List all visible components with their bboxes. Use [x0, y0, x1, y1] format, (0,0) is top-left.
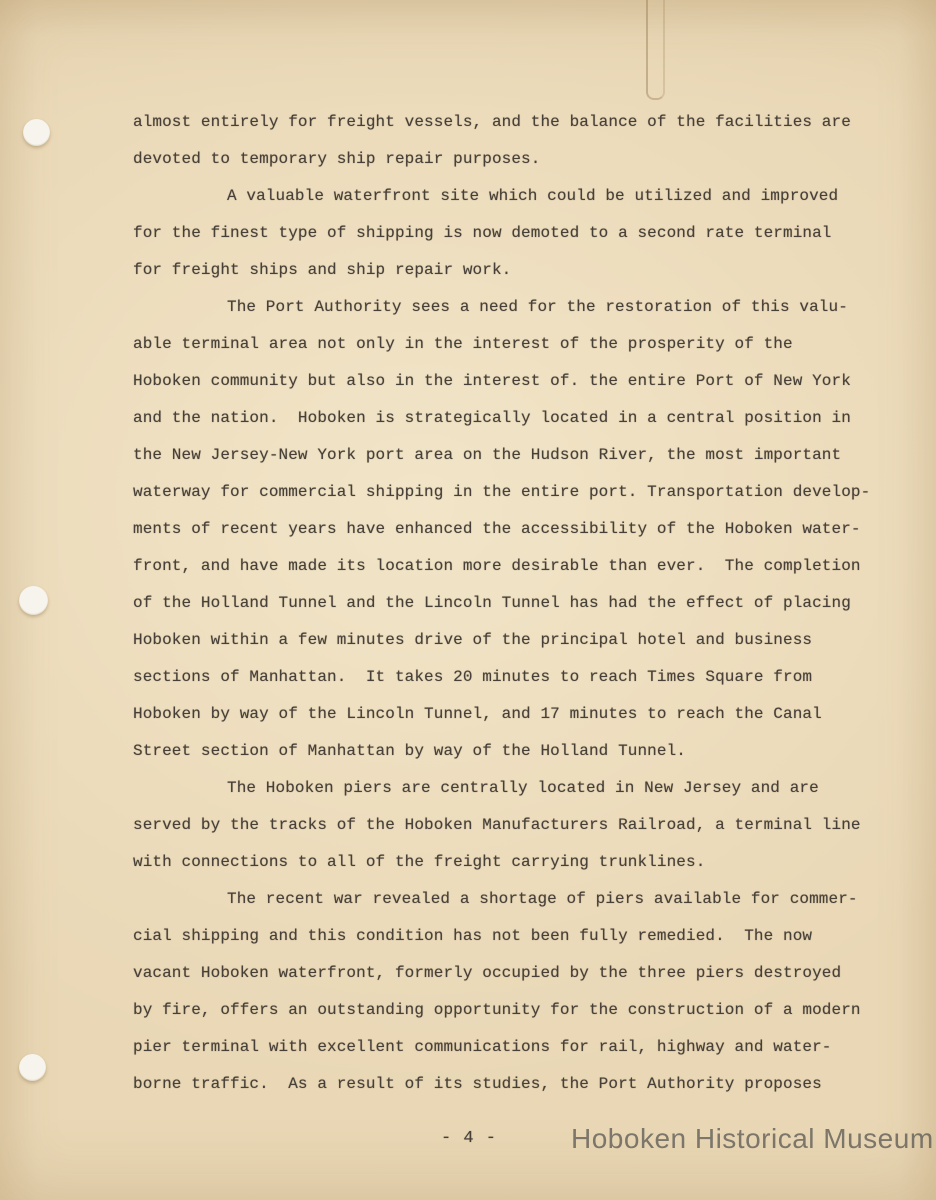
text-line: sections of Manhattan. It takes 20 minut… [133, 659, 853, 696]
text-line: A valuable waterfront site which could b… [133, 178, 853, 215]
text-line: Street section of Manhattan by way of th… [133, 733, 853, 770]
text-line: borne traffic. As a result of its studie… [133, 1066, 853, 1103]
text-line: The recent war revealed a shortage of pi… [133, 881, 853, 918]
page-number: - 4 - [441, 1126, 497, 1152]
text-line: served by the tracks of the Hoboken Manu… [133, 807, 853, 844]
text-line: pier terminal with excellent communicati… [133, 1029, 853, 1066]
text-line: for the finest type of shipping is now d… [133, 215, 853, 252]
hole-punch-middle-icon [19, 586, 48, 615]
watermark-label: Hoboken Historical Museum [571, 1120, 934, 1158]
text-line: Hoboken within a few minutes drive of th… [133, 622, 853, 659]
paperclip-mark-icon [646, 0, 665, 100]
hole-punch-bottom-icon [19, 1054, 46, 1081]
text-line: cial shipping and this condition has not… [133, 918, 853, 955]
text-line: vacant Hoboken waterfront, formerly occu… [133, 955, 853, 992]
text-line: the New Jersey-New York port area on the… [133, 437, 853, 474]
scanned-document-page: almost entirely for freight vessels, and… [0, 0, 936, 1200]
text-line: Hoboken by way of the Lincoln Tunnel, an… [133, 696, 853, 733]
text-line: of the Holland Tunnel and the Lincoln Tu… [133, 585, 853, 622]
text-line: by fire, offers an outstanding opportuni… [133, 992, 853, 1029]
text-line: able terminal area not only in the inter… [133, 326, 853, 363]
text-line: for freight ships and ship repair work. [133, 252, 853, 289]
text-line: with connections to all of the freight c… [133, 844, 853, 881]
text-line: waterway for commercial shipping in the … [133, 474, 853, 511]
text-line: ments of recent years have enhanced the … [133, 511, 853, 548]
text-line: devoted to temporary ship repair purpose… [133, 141, 853, 178]
text-line: The Hoboken piers are centrally located … [133, 770, 853, 807]
hole-punch-top-icon [23, 119, 50, 146]
text-line: almost entirely for freight vessels, and… [133, 104, 853, 141]
text-line: Hoboken community but also in the intere… [133, 363, 853, 400]
text-line: and the nation. Hoboken is strategically… [133, 400, 853, 437]
typewritten-text-block: almost entirely for freight vessels, and… [133, 104, 853, 1103]
text-line: front, and have made its location more d… [133, 548, 853, 585]
text-line: The Port Authority sees a need for the r… [133, 289, 853, 326]
